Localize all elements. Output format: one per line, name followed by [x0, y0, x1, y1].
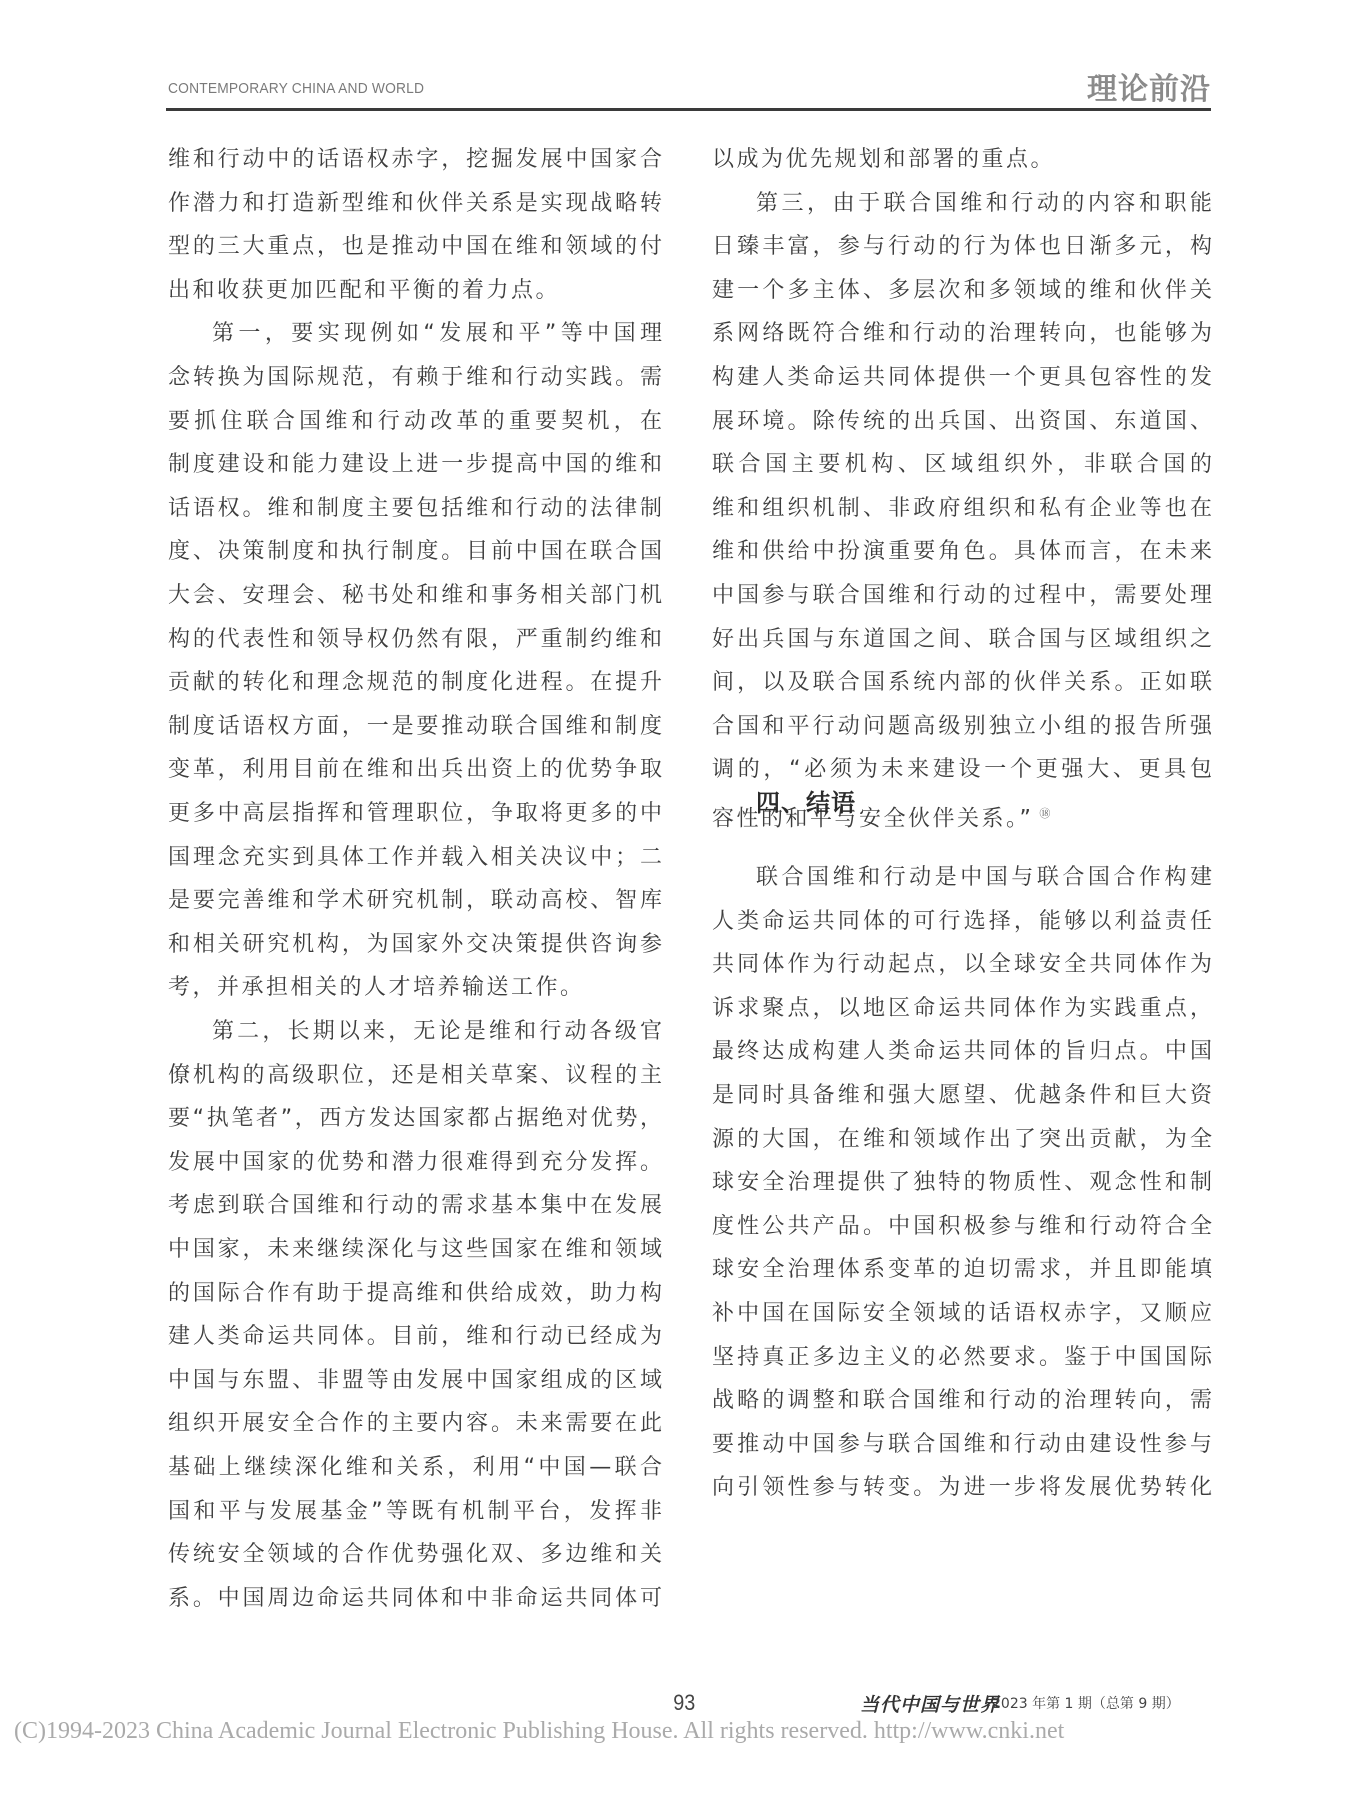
paragraph-line: 建人类命运共同体。目前，维和行动已经成为 [168, 1322, 662, 1352]
paragraph-line: 日臻丰富，参与行动的行为体也日渐多元，构 [712, 232, 1212, 262]
paragraph-line: 度性公共产品。中国积极参与维和行动符合全 [712, 1212, 1212, 1242]
paragraph-line: 要抓住联合国维和行动改革的重要契机，在 [168, 407, 662, 437]
paragraph-line: 联合国主要机构、区域组织外，非联合国的 [712, 450, 1212, 480]
paragraph-line: 合国和平行动问题高级别独立小组的报告所强 [712, 712, 1212, 742]
paragraph-line: 人类命运共同体的可行选择，能够以利益责任 [712, 907, 1212, 937]
paragraph-line: 度、决策制度和执行制度。目前中国在联合国 [168, 537, 662, 567]
paragraph-line: 僚机构的高级职位，还是相关草案、议程的主 [168, 1061, 662, 1091]
paragraph-line: 系网络既符合维和行动的治理转向，也能够为 [712, 319, 1212, 349]
paragraph-line: 是要完善维和学术研究机制，联动高校、智库 [168, 886, 662, 916]
paragraph-line: 基础上继续深化维和关系，利用“中国—联合 [168, 1453, 662, 1483]
paragraph-line: 战略的调整和联合国维和行动的治理转向，需 [712, 1386, 1212, 1416]
paragraph-line: 制度建设和能力建设上进一步提高中国的维和 [168, 450, 662, 480]
issue-info: 2023 年第 1 期（总第 9 期） [992, 1693, 1180, 1713]
paragraph-line: 构建人类命运共同体提供一个更具包容性的发 [712, 363, 1212, 393]
page-number: 93 [673, 1690, 695, 1716]
paragraph-line: 作潜力和打造新型维和伙伴关系是实现战略转 [168, 189, 662, 219]
paragraph-line: 传统安全领域的合作优势强化双、多边维和关 [168, 1540, 662, 1570]
paragraph-line: 大会、安理会、秘书处和维和事务相关部门机 [168, 581, 662, 611]
paragraph-line: 考虑到联合国维和行动的需求基本集中在发展 [168, 1191, 662, 1221]
paragraph-line: 向引领性参与转变。为进一步将发展优势转化 [712, 1473, 1212, 1503]
paragraph-line: 最终达成构建人类命运共同体的旨归点。中国 [712, 1037, 1212, 1067]
paragraph-line: 展环境。除传统的出兵国、出资国、东道国、 [712, 407, 1212, 437]
journal-english-title: CONTEMPORARY CHINA AND WORLD [168, 80, 424, 97]
paragraph-line: 维和供给中扮演重要角色。具体而言，在未来 [712, 537, 1212, 567]
paragraph-line: 坚持真正多边主义的必然要求。鉴于中国国际 [712, 1343, 1212, 1373]
paragraph-line: 调的，“必须为未来建设一个更强大、更具包 [712, 755, 1212, 785]
copyright-watermark: (C)1994-2023 China Academic Journal Elec… [14, 1718, 1064, 1745]
section-heading-conclusion: 四、结语 [756, 786, 856, 820]
paragraph-line: 第一，要实现例如“发展和平”等中国理 [168, 319, 662, 349]
paragraph-line: 维和行动中的话语权赤字，挖掘发展中国家合 [168, 145, 662, 175]
journal-chinese-name: 当代中国与世界 [860, 1690, 1000, 1717]
paragraph-line: 好出兵国与东道国之间、联合国与区域组织之 [712, 625, 1212, 655]
paragraph-line: 建一个多主体、多层次和多领域的维和伙伴关 [712, 276, 1212, 306]
paragraph-line: 第二，长期以来，无论是维和行动各级官 [168, 1017, 662, 1047]
paragraph-line: 变革，利用目前在维和出兵出资上的优势争取 [168, 755, 662, 785]
paragraph-line: 以成为优先规划和部署的重点。 [712, 145, 1055, 175]
paragraph-line: 联合国维和行动是中国与联合国合作构建 [712, 863, 1212, 893]
paragraph-line: 发展中国家的优势和潜力很难得到充分发挥。 [168, 1148, 662, 1178]
paragraph-line: 制度话语权方面，一是要推动联合国维和制度 [168, 712, 662, 742]
paragraph-line: 更多中高层指挥和管理职位，争取将更多的中 [168, 799, 662, 829]
paragraph-line: 念转换为国际规范，有赖于维和行动实践。需 [168, 363, 662, 393]
paragraph-line: 补中国在国际安全领域的话语权赤字，又顺应 [712, 1299, 1212, 1329]
paragraph-line: 中国与东盟、非盟等由发展中国家组成的区域 [168, 1366, 662, 1396]
paragraph-line: 构的代表性和领导权仍然有限，严重制约维和 [168, 625, 662, 655]
header-rule-divider [166, 108, 1211, 111]
paragraph-line: 是同时具备维和强大愿望、优越条件和巨大资 [712, 1081, 1212, 1111]
paragraph-line: 的国际合作有助于提高维和供给成效，助力构 [168, 1279, 662, 1309]
section-title: 理论前沿 [1087, 64, 1211, 108]
paragraph-line: 和相关研究机构，为国家外交决策提供咨询参 [168, 930, 662, 960]
paragraph-line: 国和平与发展基金”等既有机制平台，发挥非 [168, 1497, 662, 1527]
paragraph-line: 要“执笔者”，西方发达国家都占据绝对优势， [168, 1104, 662, 1134]
paragraph-line: 中国家，未来继续深化与这些国家在维和领域 [168, 1235, 662, 1265]
paragraph-line: 贡献的转化和理念规范的制度化进程。在提升 [168, 668, 662, 698]
paragraph-line: 第三，由于联合国维和行动的内容和职能 [712, 189, 1212, 219]
paragraph-line: 话语权。维和制度主要包括维和行动的法律制 [168, 494, 662, 524]
footnote-reference-18[interactable]: ⑱ [1039, 807, 1050, 820]
paragraph-line: 要推动中国参与联合国维和行动由建设性参与 [712, 1430, 1212, 1460]
paragraph-line: 考，并承担相关的人才培养输送工作。 [168, 973, 585, 1003]
paragraph-line: 维和组织机制、非政府组织和私有企业等也在 [712, 494, 1212, 524]
paragraph-line: 诉求聚点，以地区命运共同体作为实践重点， [712, 994, 1212, 1024]
paragraph-line: 球安全治理提供了独特的物质性、观念性和制 [712, 1168, 1212, 1198]
paragraph-line: 出和收获更加匹配和平衡的着力点。 [168, 276, 560, 306]
paragraph-line: 共同体作为行动起点，以全球安全共同体作为 [712, 950, 1212, 980]
paragraph-line: 球安全治理体系变革的迫切需求，并且即能填 [712, 1255, 1212, 1285]
paragraph-line: 中国参与联合国维和行动的过程中，需要处理 [712, 581, 1212, 611]
paragraph-line: 组织开展安全合作的主要内容。未来需要在此 [168, 1409, 662, 1439]
paragraph-line: 国理念充实到具体工作并载入相关决议中；二 [168, 843, 662, 873]
paragraph-line: 系。中国周边命运共同体和中非命运共同体可 [168, 1584, 662, 1614]
paragraph-line: 间，以及联合国系统内部的伙伴关系。正如联 [712, 668, 1212, 698]
paragraph-line: 型的三大重点，也是推动中国在维和领域的付 [168, 232, 662, 262]
paragraph-line: 源的大国，在维和领域作出了突出贡献，为全 [712, 1125, 1212, 1155]
